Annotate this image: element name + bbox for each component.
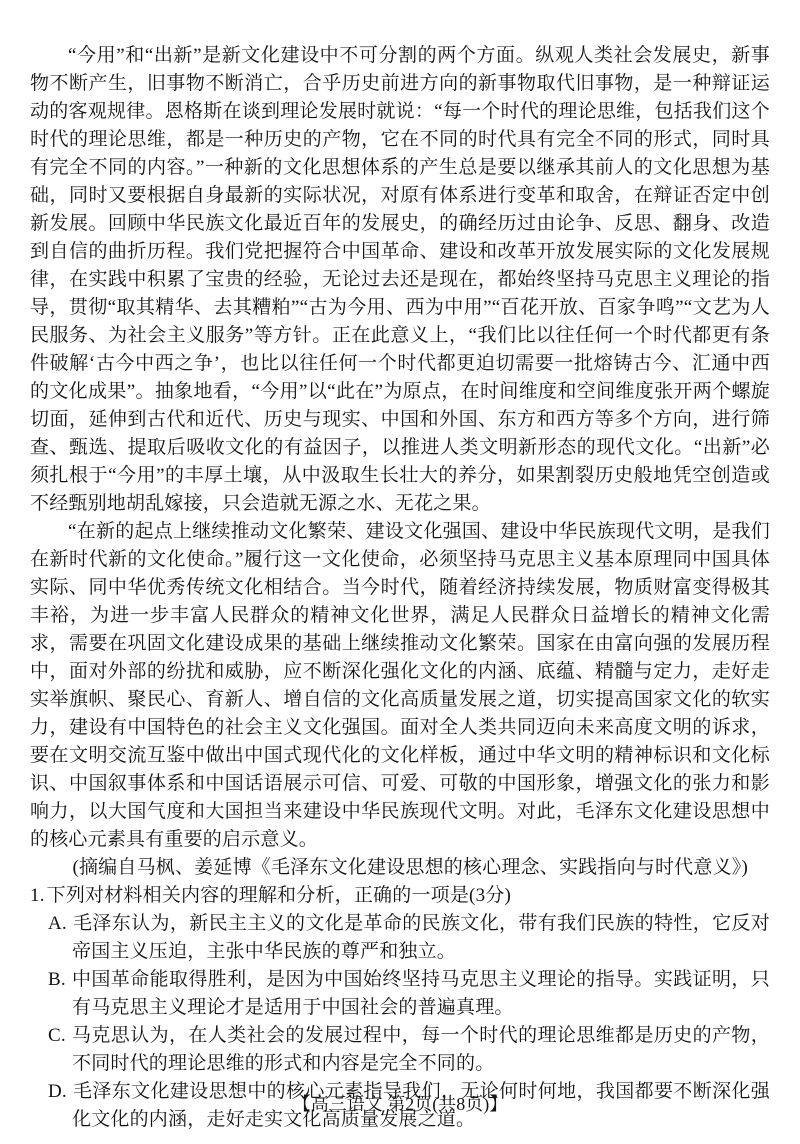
page-footer: 【高三语文 第2页(共8页)】 xyxy=(0,1090,800,1118)
exam-page: “今用”和“出新”是新文化建设中不可分割的两个方面。纵观人类社会发展史，新事物不… xyxy=(0,0,800,1144)
question-1-option-c: C.马克思认为，在人类社会的发展过程中，每一个时代的理论思维都是历史的产物，不同… xyxy=(48,1022,770,1078)
option-c-label: C. xyxy=(48,1025,66,1046)
option-b-text: 中国革命能取得胜利，是因为中国始终坚持马克思主义理论的指导。实践证明，只有马克思… xyxy=(72,969,770,1018)
page-content: “今用”和“出新”是新文化建设中不可分割的两个方面。纵观人类社会发展史，新事物不… xyxy=(0,0,800,1134)
question-1-text: 下列对材料相关内容的理解和分析，正确的一项是(3分) xyxy=(47,885,511,906)
question-1-stem: 1.下列对材料相关内容的理解和分析，正确的一项是(3分) xyxy=(30,882,770,910)
passage-paragraph-2: “在新的起点上继续推动文化繁荣、建设文化强国、建设中华民族现代文明，是我们在新时… xyxy=(30,518,770,854)
option-a-text: 毛泽东认为，新民主主义的文化是革命的民族文化，带有我们民族的特性，它反对帝国主义… xyxy=(72,913,770,962)
question-1-option-a: A.毛泽东认为，新民主主义的文化是革命的民族文化，带有我们民族的特性，它反对帝国… xyxy=(48,910,770,966)
option-a-label: A. xyxy=(48,913,67,934)
question-1-number: 1. xyxy=(30,885,45,906)
option-b-label: B. xyxy=(48,969,66,990)
question-1-option-b: B.中国革命能取得胜利，是因为中国始终坚持马克思主义理论的指导。实践证明，只有马… xyxy=(48,966,770,1022)
passage-citation: (摘编自马枫、姜延博《毛泽东文化建设思想的核心理念、实践指向与时代意义》) xyxy=(30,854,770,882)
page-number-label: 【高三语文 第2页(共8页)】 xyxy=(293,1094,508,1114)
passage-paragraph-1: “今用”和“出新”是新文化建设中不可分割的两个方面。纵观人类社会发展史，新事物不… xyxy=(30,42,770,518)
option-c-text: 马克思认为，在人类社会的发展过程中，每一个时代的理论思维都是历史的产物，不同时代… xyxy=(72,1025,770,1074)
